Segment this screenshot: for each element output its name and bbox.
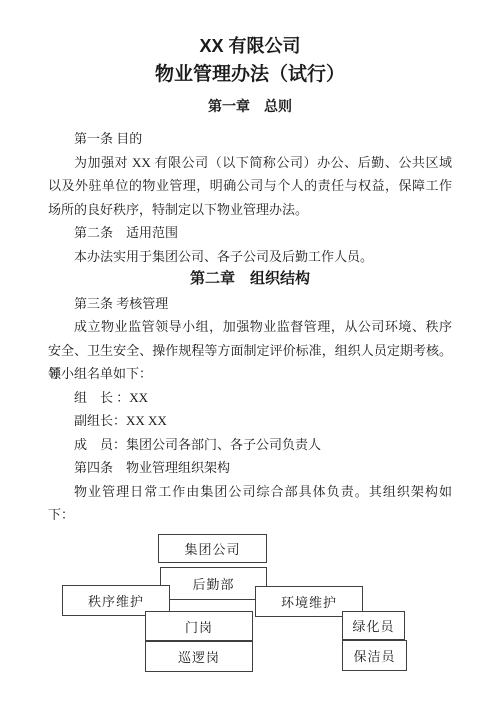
body-line-structure-1: 物业管理日常工作由集团公司综合部具体负责。其组织架构如 <box>48 480 452 504</box>
chapter-1-heading: 第一章 总则 <box>48 96 452 120</box>
document-body: 第一条 目的 为加强对 XX 有限公司（以下简称公司）办公、后勤、公共区域 以及… <box>48 127 452 527</box>
org-box-greening-staff: 绿化员 <box>342 611 405 640</box>
body-line-purpose-2: 以及外驻单位的物业管理，明确公司与个人的责任与权益，保障工作 <box>48 174 452 198</box>
body-line-structure-2: 下： <box>48 503 452 527</box>
org-box-cleaning-staff: 保洁员 <box>342 640 407 671</box>
body-line-article-4: 第四条 物业管理组织架构 <box>48 456 452 480</box>
document-title: 物业管理办法（试行） <box>48 60 452 90</box>
body-line-deputy-leader: 副组长：XX XX <box>48 409 452 433</box>
body-line-article-1: 第一条 目的 <box>48 127 452 151</box>
company-title: XX 有限公司 <box>48 32 452 60</box>
body-line-purpose-1: 为加强对 XX 有限公司（以下简称公司）办公、后勤、公共区域 <box>48 151 452 175</box>
document-page: XX 有限公司 物业管理办法（试行） 第一章 总则 第一条 目的 为加强对 XX… <box>0 0 500 707</box>
body-line-assessment-1: 成立物业监管领导小组，加强物业监督管理，从公司环境、秩序 <box>48 315 452 339</box>
org-box-patrol-post: 巡逻岗 <box>145 641 253 672</box>
org-box-group-company: 集团公司 <box>158 534 267 563</box>
body-line-article-2: 第二条 适用范围 <box>48 221 452 245</box>
body-line-members: 成 员：集团公司各部门、各子公司负责人 <box>48 433 452 457</box>
body-line-article-3: 第三条 考核管理 <box>48 292 452 316</box>
body-line-assessment-2: 安全、卫生安全、操作规程等方面制定评价标准，组织人员定期考核。 领 <box>48 339 452 363</box>
body-line-group-leader: 组 长 ：XX <box>48 386 452 410</box>
chapter-2-heading: 第二章 组织结构 <box>48 268 452 292</box>
org-box-gate-post: 门岗 <box>145 611 253 641</box>
body-line-scope: 本办法实用于集团公司、各子公司及后勤工作人员。 <box>48 245 452 269</box>
body-line-assessment-3: 导小组名单如下： <box>48 362 452 386</box>
org-box-logistics-dept: 后勤部 <box>160 567 267 600</box>
body-line-purpose-3: 场所的良好秩序，特制定以下物业管理办法。 <box>48 198 452 222</box>
